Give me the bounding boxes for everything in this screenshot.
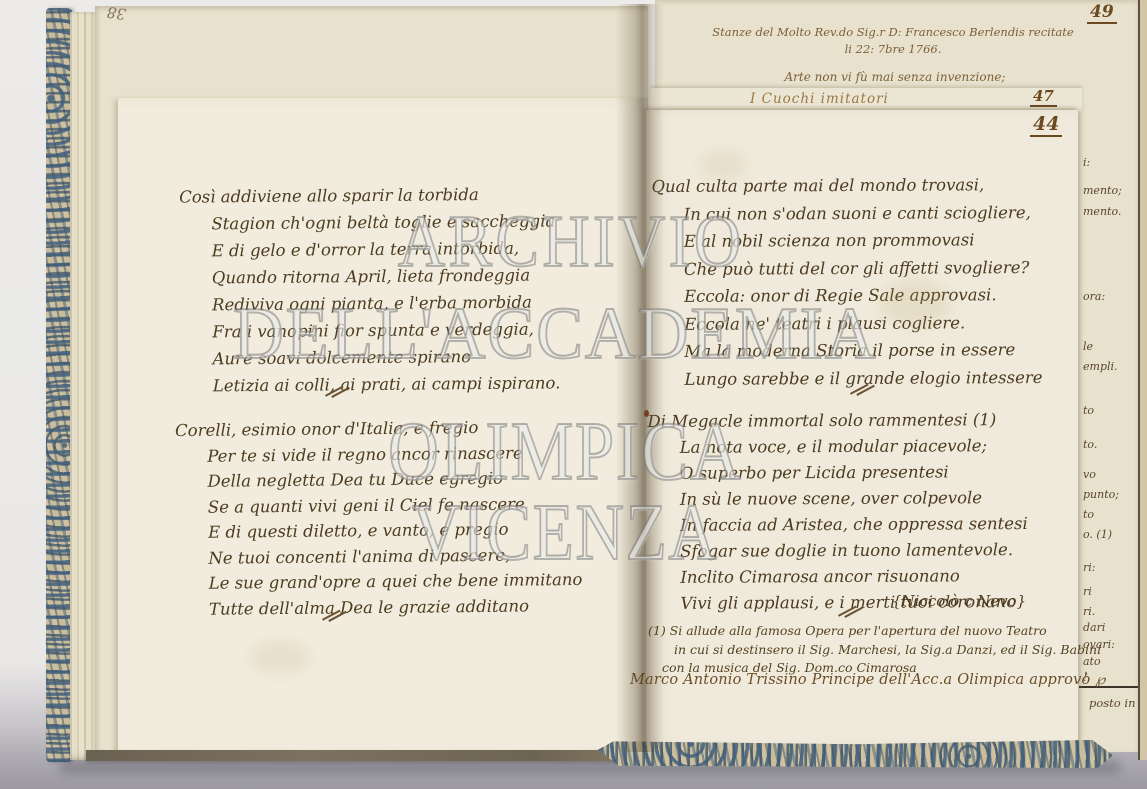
folio-number-49: 49 [1087,4,1117,24]
margin-fragment: i: [1083,156,1090,169]
margin-fragment: punto; [1083,488,1119,501]
verse-line: Sfogar sue doglie in tuono lamentevole. [680,537,1028,565]
header-line-1: Stanze del Molto Rev.do Sig.r D: Frances… [703,24,1083,41]
verse-line: Così addiviene allo sparir la torbida [179,180,559,210]
verse-line: Per te si vide il regno ancor rinascere [207,439,581,468]
book-cover-bottom-marbled-edge [598,740,1113,768]
verse-line: Aure soavi dolcemente spirano [212,342,560,372]
verse-line: Le sue grand'opre a quei che bene immita… [209,567,583,596]
verse-line: Ne tuoi concenti l'anima di pascere, [208,541,582,570]
book-cover-bottom-left-edge [86,750,646,761]
footnote: (1) Si allude alla famosa Opera per l'ap… [648,622,1101,678]
front-sheet-folio-44: 44 Qual culta parte mai del mondo trovas… [646,110,1078,748]
footnote-line: (1) Si allude alla famosa Opera per l'ap… [648,622,1101,641]
verse-line: Stagion ch'ogni beltà toglie e saccheggi… [211,207,559,237]
verse-line: E di questi diletto, e vanto, e pregio [208,516,582,545]
poem-title: I Cuochi imitatori [750,91,889,107]
margin-fragment: ri [1083,585,1092,598]
verse-line: Fra i vanopini fior spunta e verdeggia, [212,315,560,345]
right-page-block-edge [1138,0,1147,760]
author-attribution: {Niccolò c Nevo} [892,592,1026,610]
verse-line: Di Megacle immortal solo rammentesi (1) [647,407,1027,435]
margin-fragment: ri. [1083,605,1095,618]
margin-bottom-note: posto in [1089,696,1135,710]
verse-line: Ma la moderna Storia il porse in essere [684,336,1042,365]
header-line-2: li 22: 7bre 1766. [703,41,1083,58]
verse-line: In sù le nuove scene, over colpevole [680,485,1028,513]
verse-line: In faccia ad Aristea, che oppressa sente… [680,511,1028,539]
verse-line: Quando ritorna April, lieta frondeggia [212,261,560,291]
verse-line: O superbo per Licida presentesi [680,459,1028,487]
verse-line: Della negletta Dea tu Duce egregio [207,465,581,494]
verse-line: La nota voce, e il modular piacevole; [680,433,1028,461]
left-inset-sheet: Così addiviene allo sparir la torbidaSta… [118,98,648,756]
verse-line: Letizia ai colli, ai prati, ai campi isp… [213,369,561,399]
margin-fragment: o. (1) [1083,528,1112,541]
margin-fragment: vo [1083,468,1096,481]
margin-fragment: le [1083,340,1093,353]
folio-number-44: 44 [1030,115,1062,137]
verse-line: Qual culta parte mai del mondo trovasi, [651,171,1041,201]
right-stanza-1: Qual culta parte mai del mondo trovasi,I… [651,171,1042,393]
margin-fragment: ora: [1083,290,1105,303]
left-stanza-1: Così addiviene allo sparir la torbidaSta… [179,180,560,399]
margin-fragment: mento. [1083,205,1121,218]
margin-fragment: empli. [1083,360,1118,373]
left-page-edge-stack [70,12,98,760]
book-cover-left-marbled-edge [46,8,72,762]
verse-line: E al nobil scienza non prommovasi [684,226,1042,255]
folio-number-47: 47 [1030,89,1057,107]
manuscript-book-scan: 38 Così addiviene allo sparir la torbida… [0,0,1147,789]
margin-fragment: ri: [1083,561,1095,574]
verse-line: Eccola: onor di Regie Sale approvasi. [684,281,1042,310]
verse-line: In cui non s'odan suoni e canti scioglie… [684,198,1042,227]
verse-line: E di gelo e d'orror la terra intorbida, [212,234,560,264]
footnote-line: in cui si destinsero il Sig. Marchesi, l… [674,641,1101,660]
margin-fragment: mento; [1083,184,1122,197]
verse-line: Eccola ne' teatri i plausi cogliere. [684,308,1042,337]
margin-fragment: to [1083,404,1094,417]
verse-line: Rediviva ogni pianta, e l'erba morbida [212,288,560,318]
verse-line: Inclito Cimarosa ancor risuonano [680,563,1028,591]
motto-line: Arte non vi fù mai senza invenzione; [725,70,1065,84]
left-page: 38 Così addiviene allo sparir la torbida… [95,6,648,760]
verse-line: Se a quanti vivi geni il Ciel fe nascere [208,490,582,519]
approval-line: Marco Antonio Trissino Principe dell'Acc… [630,672,1090,688]
margin-fragment: to [1083,508,1094,521]
left-stanza-2: Corelli, esimio onor d'Italia, e fregioP… [175,414,583,622]
folio-number-38: 38 [106,3,127,23]
margin-fragment: to. [1083,438,1097,451]
right-stanza-2: Di Megacle immortal solo rammentesi (1)L… [647,407,1028,617]
header-inscription: Stanze del Molto Rev.do Sig.r D: Frances… [703,24,1083,58]
verse-line: Che può tutti del cor gli affetti svogli… [684,253,1042,282]
red-ink-fleck [644,410,649,417]
verse-line: Tutte dell'alma Dea le grazie additano [209,592,583,621]
